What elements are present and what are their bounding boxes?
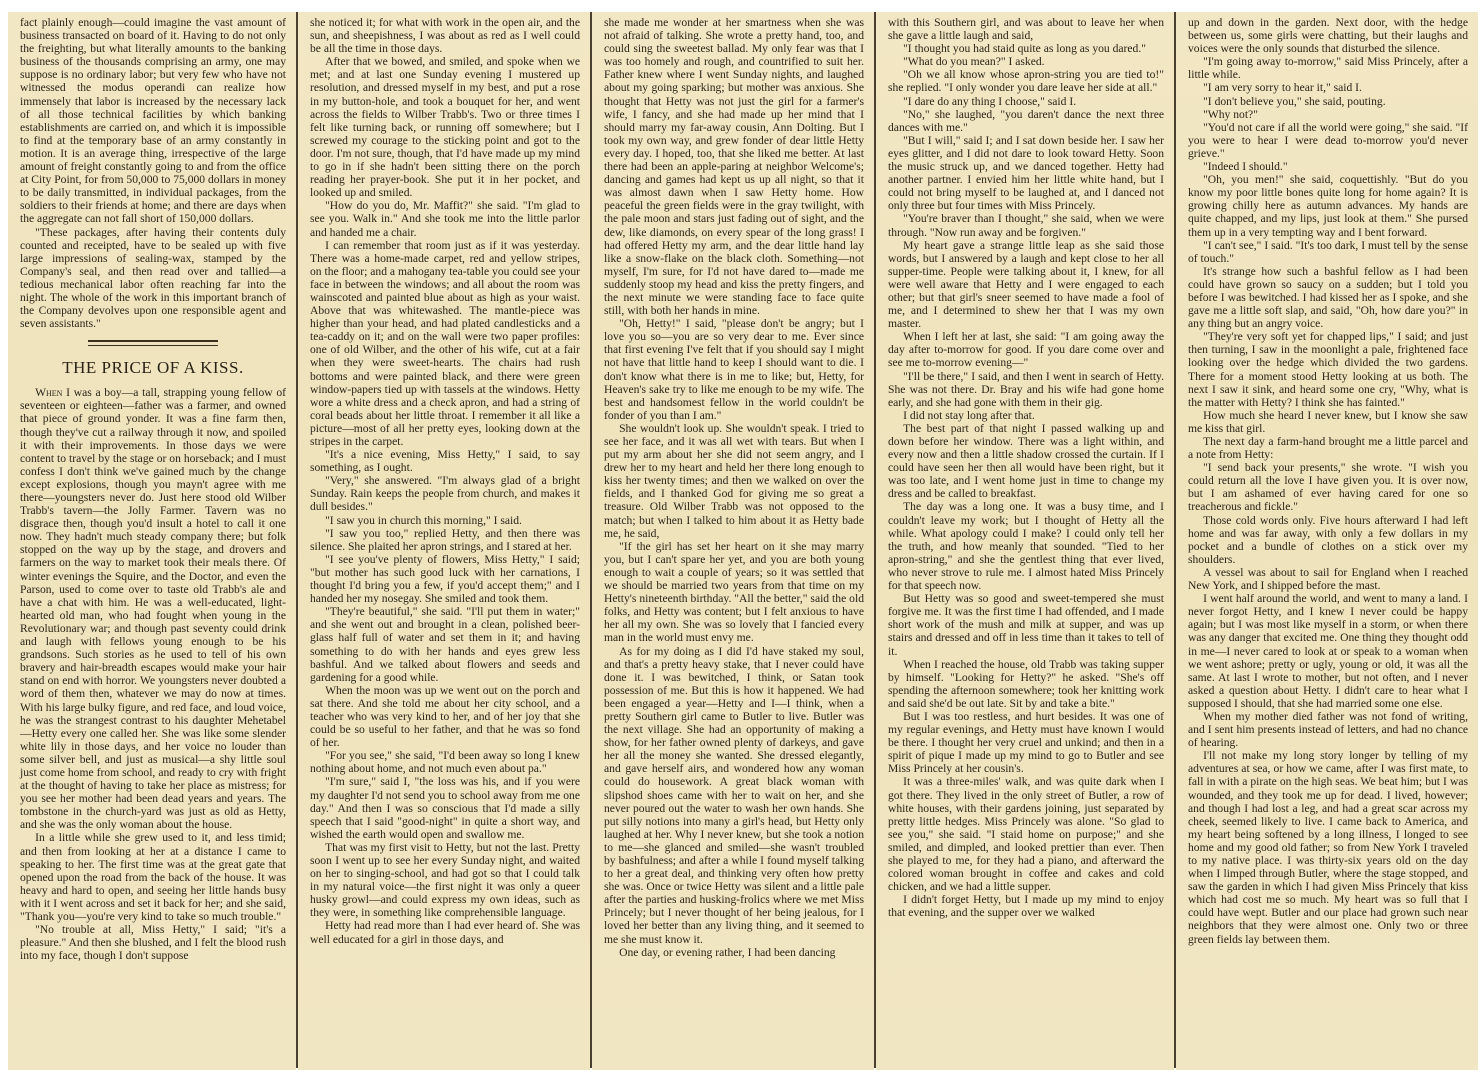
column-4: with this Southern girl, and was about t…	[876, 12, 1174, 1070]
column-1: fact plainly enough—could imagine the va…	[8, 12, 296, 1070]
paragraph: Hetty had read more than I had ever hear…	[310, 919, 580, 945]
paragraph: How much she heard I never knew, but I k…	[1188, 409, 1468, 435]
column-3: she made me wonder at her smartness when…	[592, 12, 874, 1070]
paragraph: "If the girl has set her heart on it she…	[604, 540, 864, 645]
paragraph: "What do you mean?" I asked.	[888, 55, 1164, 68]
paragraph: I didn't forget Hetty, but I made up my …	[888, 893, 1164, 919]
paragraph: When I left her at last, she said: "I am…	[888, 330, 1164, 369]
paragraph: The day was a long one. It was a busy ti…	[888, 500, 1164, 592]
newspaper-page: fact plainly enough—could imagine the va…	[0, 0, 1483, 1080]
paragraph: The next day a farm-hand brought me a li…	[1188, 435, 1468, 461]
paragraph: When the moon was up we went out on the …	[310, 684, 580, 749]
paragraph: "But I will," said I; and I sat down bes…	[888, 134, 1164, 213]
paragraph: "These packages, after having their cont…	[20, 226, 286, 331]
paragraph: She wouldn't look up. She wouldn't speak…	[604, 422, 864, 540]
column-2: she noticed it; for what with work in th…	[298, 12, 590, 1070]
paragraph: It's strange how such a bashful fellow a…	[1188, 265, 1468, 330]
paragraph: In a little while she grew used to it, a…	[20, 831, 286, 923]
paragraph: "Indeed I should."	[1188, 160, 1468, 173]
paragraph: "For you see," she said, "I'd been away …	[310, 749, 580, 775]
paragraph: she made me wonder at her smartness when…	[604, 16, 864, 317]
paragraph: "No," she laughed, "you daren't dance th…	[888, 108, 1164, 134]
paragraph: "Oh, Hetty!" I said, "please don't be an…	[604, 317, 864, 422]
column-5: up and down in the garden. Next door, wi…	[1176, 12, 1478, 1070]
paragraph-text: I was a boy—a tall, strapping young fell…	[20, 386, 286, 831]
paragraph: But I was too restless, and hurt besides…	[888, 710, 1164, 775]
paragraph: "You'd not care if all the world were go…	[1188, 121, 1468, 160]
paragraph: fact plainly enough—could imagine the va…	[20, 16, 286, 226]
paragraph: Those cold words only. Five hours afterw…	[1188, 514, 1468, 566]
paragraph: I'll not make my long story longer by te…	[1188, 749, 1468, 945]
paragraph: When I reached the house, old Trabb was …	[888, 658, 1164, 710]
paragraph: It was a three-miles' walk, and was quit…	[888, 775, 1164, 893]
paragraph: When my mother died father was not fond …	[1188, 710, 1468, 749]
paragraph: "I saw you too," replied Hetty, and then…	[310, 527, 580, 553]
paragraph: "I'm going away to-morrow," said Miss Pr…	[1188, 55, 1468, 81]
paragraph: As for my doing as I did I'd have staked…	[604, 645, 864, 946]
paragraph: The best part of that night I passed wal…	[888, 422, 1164, 501]
paragraph: That was my first visit to Hetty, but no…	[310, 841, 580, 920]
article-title-block: THE PRICE OF A KISS.	[20, 340, 286, 378]
paragraph: "I am very sorry to hear it," said I.	[1188, 81, 1468, 94]
title-divider	[88, 340, 218, 346]
paragraph: "They're very soft yet for chapped lips,…	[1188, 330, 1468, 409]
paragraph: "I'm sure," said I, "the loss was his, a…	[310, 775, 580, 840]
paragraph: One day, or evening rather, I had been d…	[604, 946, 864, 959]
drop-word: When	[35, 386, 62, 399]
paragraph: I went half around the world, and went t…	[1188, 592, 1468, 710]
paragraph: A vessel was about to sail for England w…	[1188, 566, 1468, 592]
article-title: THE PRICE OF A KISS.	[20, 358, 286, 378]
paragraph: "I saw you in church this morning," I sa…	[310, 514, 580, 527]
paragraph: I did not stay long after that.	[888, 409, 1164, 422]
paragraph: "It's a nice evening, Miss Hetty," I sai…	[310, 448, 580, 474]
paragraph: up and down in the garden. Next door, wi…	[1188, 16, 1468, 55]
paragraph: I can remember that room just as if it w…	[310, 239, 580, 449]
paragraph: "How do you do, Mr. Maffit?" she said. "…	[310, 199, 580, 238]
paragraph: "I see you've plenty of flowers, Miss He…	[310, 553, 580, 605]
paragraph: "I don't believe you," she said, pouting…	[1188, 95, 1468, 108]
paragraph: "Very," she answered. "I'm always glad o…	[310, 474, 580, 513]
paragraph: "No trouble at all, Miss Hetty," I said;…	[20, 923, 286, 962]
paragraph: "Why not?"	[1188, 108, 1468, 121]
paragraph: "I'll be there," I said, and then I went…	[888, 370, 1164, 409]
paragraph: "I thought you had staid quite as long a…	[888, 42, 1164, 55]
paragraph: "You're braver than I thought," she said…	[888, 212, 1164, 238]
paragraph: "I send back your presents," she wrote. …	[1188, 461, 1468, 513]
paragraph: "I dare do any thing I choose," said I.	[888, 95, 1164, 108]
paragraph: "I can't see," I said. "It's too dark, I…	[1188, 239, 1468, 265]
paragraph: "Oh we all know whose apron-string you a…	[888, 68, 1164, 94]
paragraph: But Hetty was so good and sweet-tempered…	[888, 592, 1164, 657]
paragraph: with this Southern girl, and was about t…	[888, 16, 1164, 42]
paragraph: she noticed it; for what with work in th…	[310, 16, 580, 55]
paragraph: After that we bowed, and smiled, and spo…	[310, 55, 580, 199]
paragraph: "Oh, you men!" she said, coquettishly. "…	[1188, 173, 1468, 238]
paragraph: My heart gave a strange little leap as s…	[888, 239, 1164, 331]
story-opening-paragraph: When I was a boy—a tall, strapping young…	[20, 386, 286, 831]
paragraph: "They're beautiful," she said. "I'll put…	[310, 605, 580, 684]
